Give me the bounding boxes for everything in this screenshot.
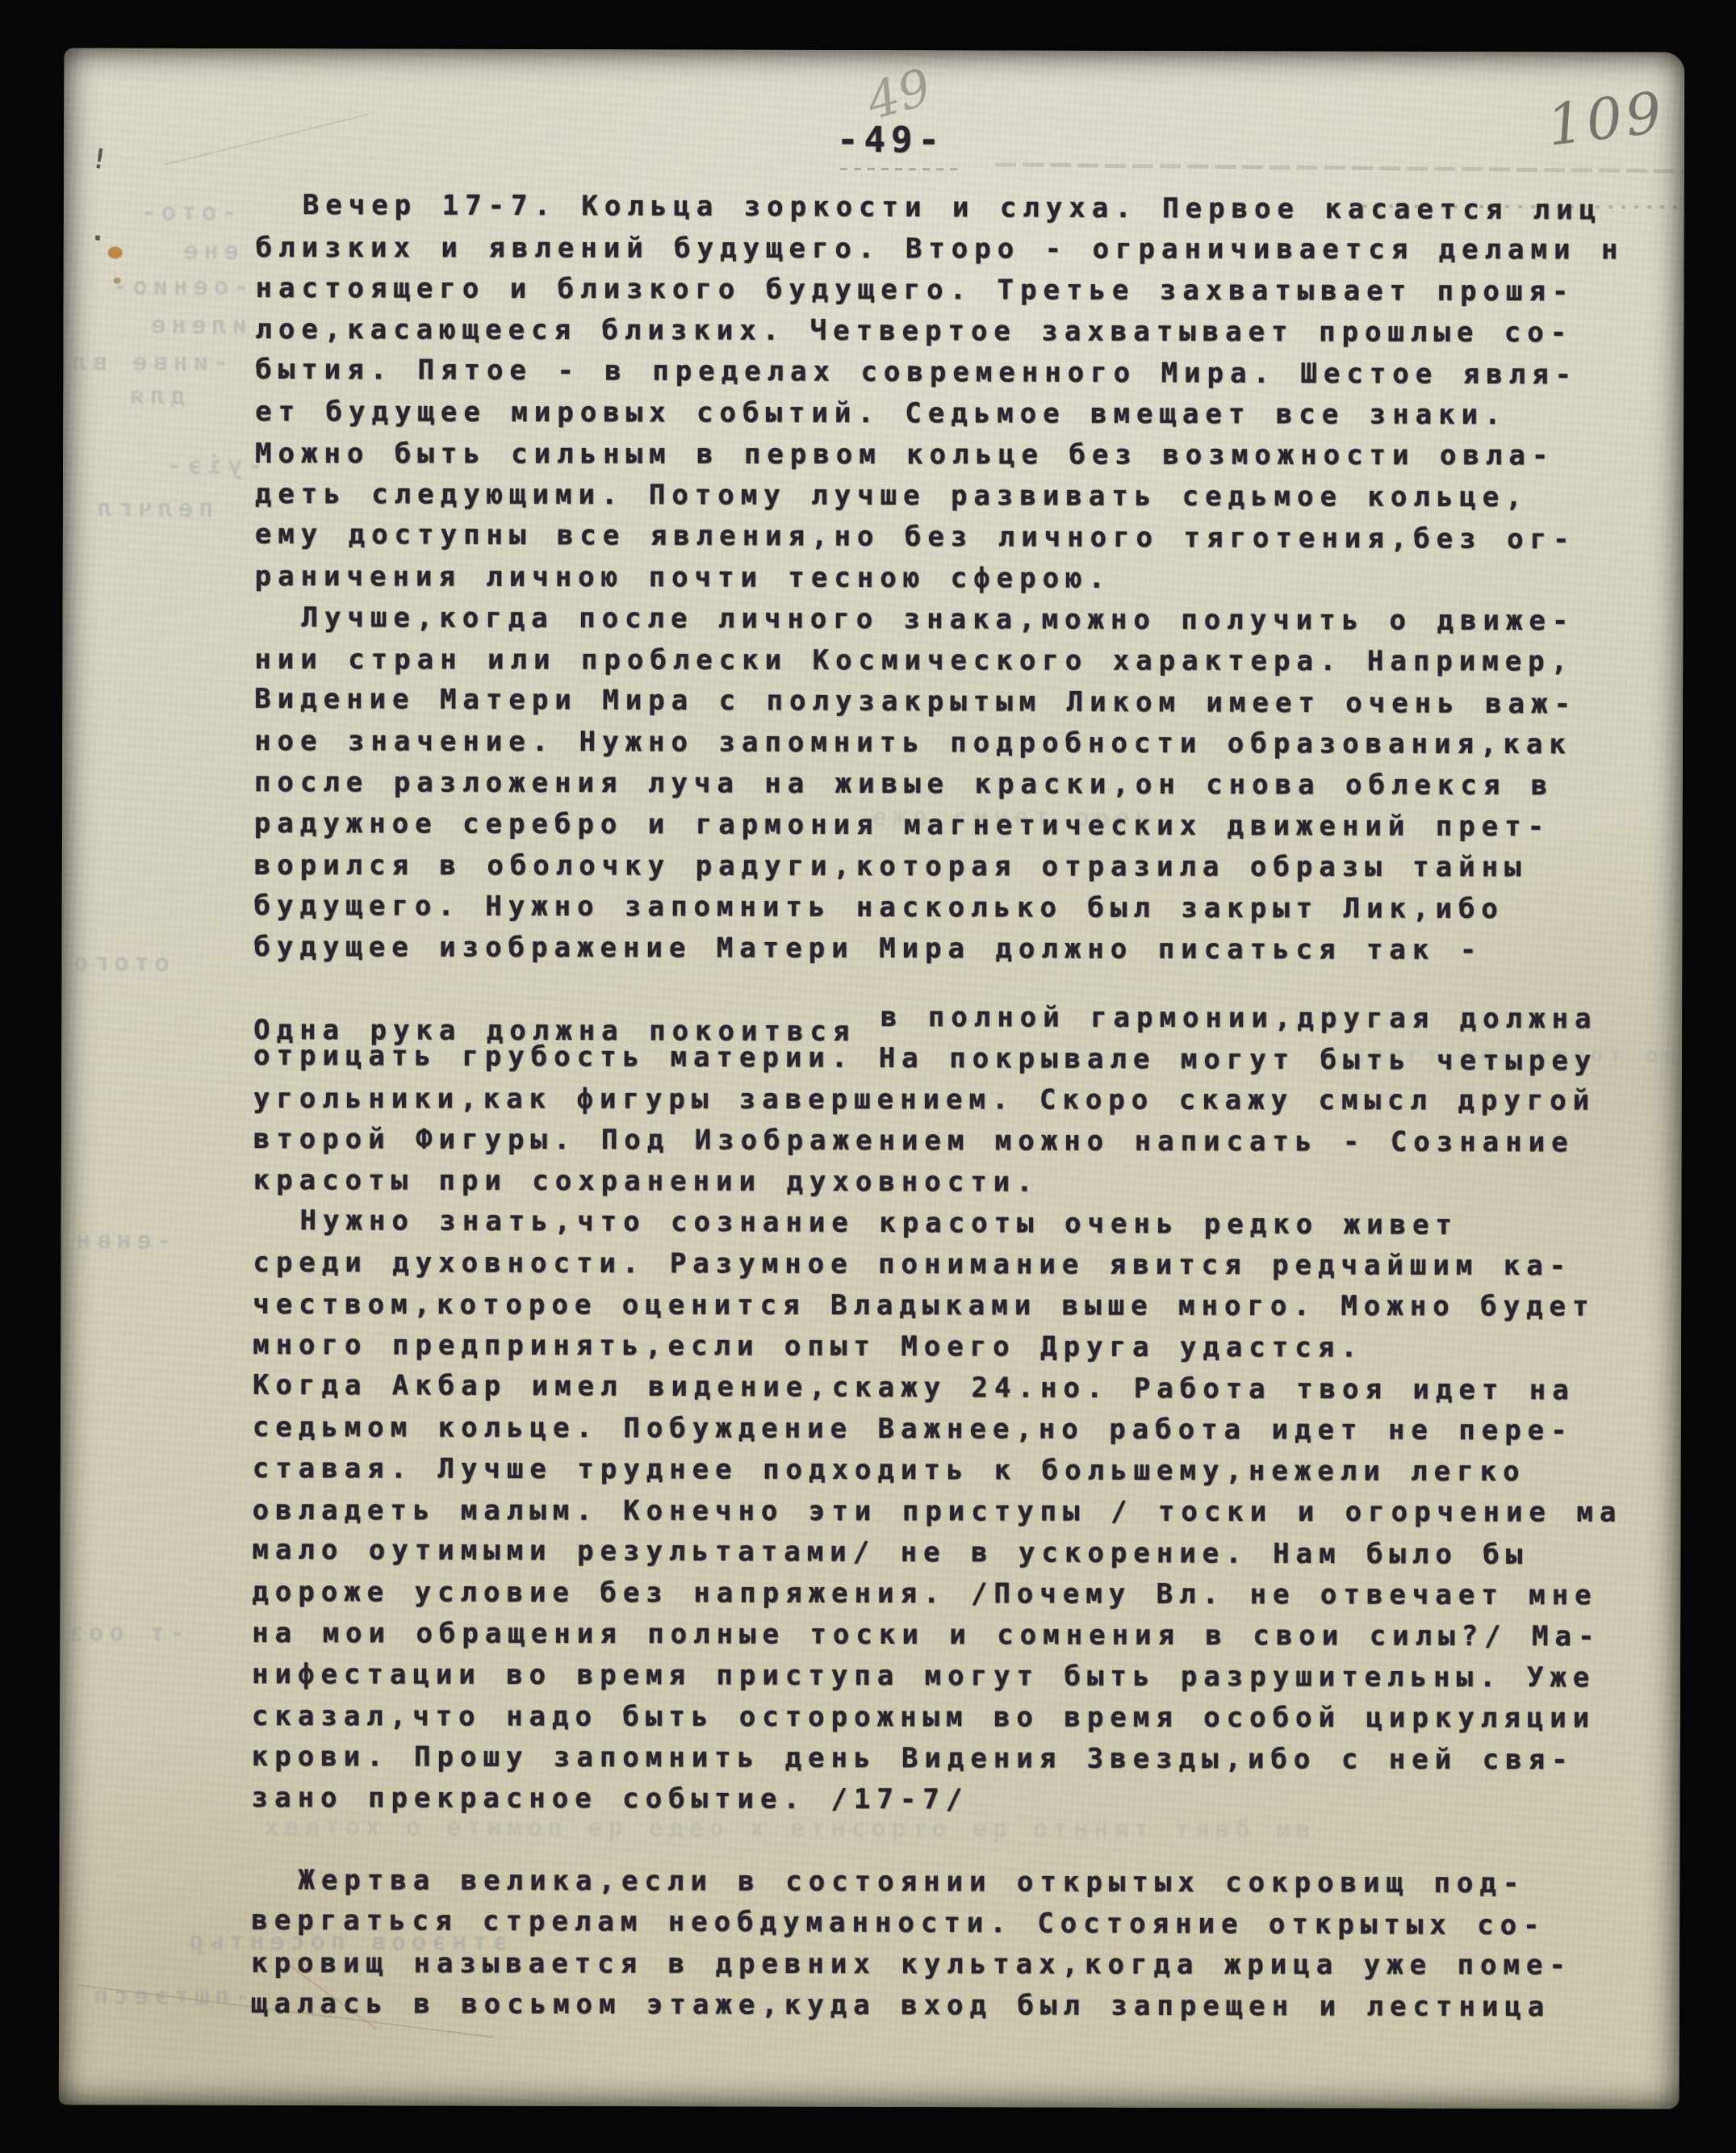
typed-line: зано прекрасное событие. /17-7/: [252, 1778, 1685, 1823]
bleed-through-text: -т ооз: [63, 1619, 184, 1647]
typed-line: крови. Прошу запомнить день Видения Звез…: [252, 1736, 1685, 1782]
typed-line: вергаться стрелам необдуманности. Состоя…: [251, 1900, 1684, 1947]
typed-line: настоящего и близкого будущего. Третье з…: [255, 268, 1684, 313]
crease-line: [164, 114, 368, 165]
typed-line: радужное серебро и гармония магнетически…: [254, 803, 1685, 848]
bleed-through-text: отого: [68, 949, 169, 977]
typed-line: близких и явлений будущего. Второ - огра…: [256, 228, 1685, 271]
typed-line: Жертва велика,если в состоянии открытых …: [251, 1860, 1684, 1905]
typed-line: ставая. Лучше труднее подходить к больше…: [253, 1448, 1685, 1493]
typed-line: Лучше,когда после личного знака,можно по…: [254, 597, 1684, 643]
typed-line: Вечер 17-7. Кольца зоркости и слуха. Пер…: [256, 185, 1685, 232]
typed-line: чеством,которое оценится Владыками выше …: [253, 1284, 1684, 1328]
typed-text-block: Вечер 17-7. Кольца зоркости и слуха. Пер…: [251, 186, 1684, 2029]
ink-mark: ·: [90, 222, 107, 254]
typed-line: нифестации во время приступа могут быть …: [252, 1654, 1684, 1699]
bleed-through-text: для: [124, 383, 185, 411]
typed-line: после разложения луча на живые краски,он…: [254, 762, 1684, 807]
typed-line: мало оутимыми результатами/ не в ускорен…: [252, 1530, 1684, 1577]
typed-line: много предпринять,если опыт Моего Друга …: [253, 1325, 1684, 1370]
typed-line: раничения личною почти тесною сферою.: [255, 556, 1685, 601]
typed-line: красоты при сохранении духовности.: [253, 1160, 1685, 1205]
typed-line: на мои обращения полные тоски и сомнения…: [252, 1613, 1684, 1658]
stain-spot: [108, 247, 123, 259]
bleed-through-text: -инве вл: [66, 348, 228, 377]
typed-line: ему доступны все явления,но без личного …: [255, 514, 1685, 561]
bleed-through-text: илене: [145, 312, 246, 340]
typed-line: будущее изображение Матери Мира должно п…: [253, 927, 1684, 972]
pencil-annotation-109: 109: [1544, 79, 1668, 159]
typed-segment: в полной гармонии,другая должна: [855, 1001, 1597, 1035]
typed-line: лое,касающееся близких. Четвертое захват…: [255, 309, 1684, 354]
typed-line: ворился в оболочку радуги,которая отрази…: [254, 845, 1685, 889]
typed-line: дороже условие без напряжения. /Почему В…: [252, 1572, 1684, 1617]
bleed-through-text: -ото-: [136, 199, 236, 227]
typed-line-misaligned: Одна рука должна покоитвся в полной гарм…: [253, 995, 1684, 1041]
typed-line: будущего. Нужно запомнить насколько был …: [253, 886, 1684, 931]
bleed-through-text: -енвн: [70, 1226, 171, 1255]
ink-mark: !: [89, 142, 110, 176]
typed-line: деть следующими. Потому лучше развивать …: [255, 474, 1685, 519]
typed-line: Можно быть сильным в первом кольце без в…: [255, 434, 1684, 477]
scanned-document: -49- 49 109 ! · -ото- ене -оенио- илене …: [0, 0, 1736, 2153]
bleed-through-text: -пштэесп: [88, 1982, 250, 2011]
smudge-line: [840, 168, 961, 170]
typed-line: кровищ называется в древних культах,когд…: [251, 1943, 1684, 1987]
typed-line: среди духовности. Разумное понимание яви…: [253, 1242, 1684, 1288]
typed-line: ное значение. Нужно запомнить подробност…: [254, 721, 1684, 766]
bleed-through-text: -оенио-: [107, 273, 249, 301]
typed-line: Нужно знать,что сознание красоты очень р…: [253, 1200, 1684, 1247]
bleed-through-text: -уіэ-: [161, 452, 262, 480]
typed-line: сказал,что надо быть осторожным во время…: [252, 1696, 1684, 1740]
typed-line: отрицать грубость материи. На покрывале …: [253, 1036, 1684, 1083]
typed-line: ет будущее мировых событий. Седьмое вмещ…: [255, 392, 1684, 437]
typed-line: второй Фигуры. Под Изображением можно на…: [253, 1119, 1685, 1164]
typed-line: щалась в восьмом этаже,куда вход был зап…: [251, 1983, 1684, 2029]
bleed-through-text: ене: [178, 237, 239, 266]
page-number: -49-: [837, 119, 1079, 161]
typed-line: нии стран или проблески Космического хар…: [254, 639, 1684, 683]
bleed-through-text: пелчгл: [92, 494, 213, 522]
typewritten-page: -49- 49 109 ! · -ото- ене -оенио- илене …: [59, 48, 1685, 2109]
typed-line: Когда Акбар имел видение,скажу 24.но. Ра…: [253, 1365, 1684, 1412]
typed-line: угольники,как фигуры завершением. Скоро …: [253, 1079, 1684, 1122]
typed-line: седьмом кольце. Побуждение Важнее,но раб…: [253, 1407, 1685, 1452]
typed-line: Видение Матери Мира с полузакрытым Ликом…: [254, 679, 1684, 726]
typed-line: овладеть малым. Конечно эти приступы / т…: [253, 1490, 1685, 1534]
smudge-line: [995, 162, 1684, 173]
typed-line: бытия. Пятое - в пределах современного М…: [255, 350, 1684, 396]
